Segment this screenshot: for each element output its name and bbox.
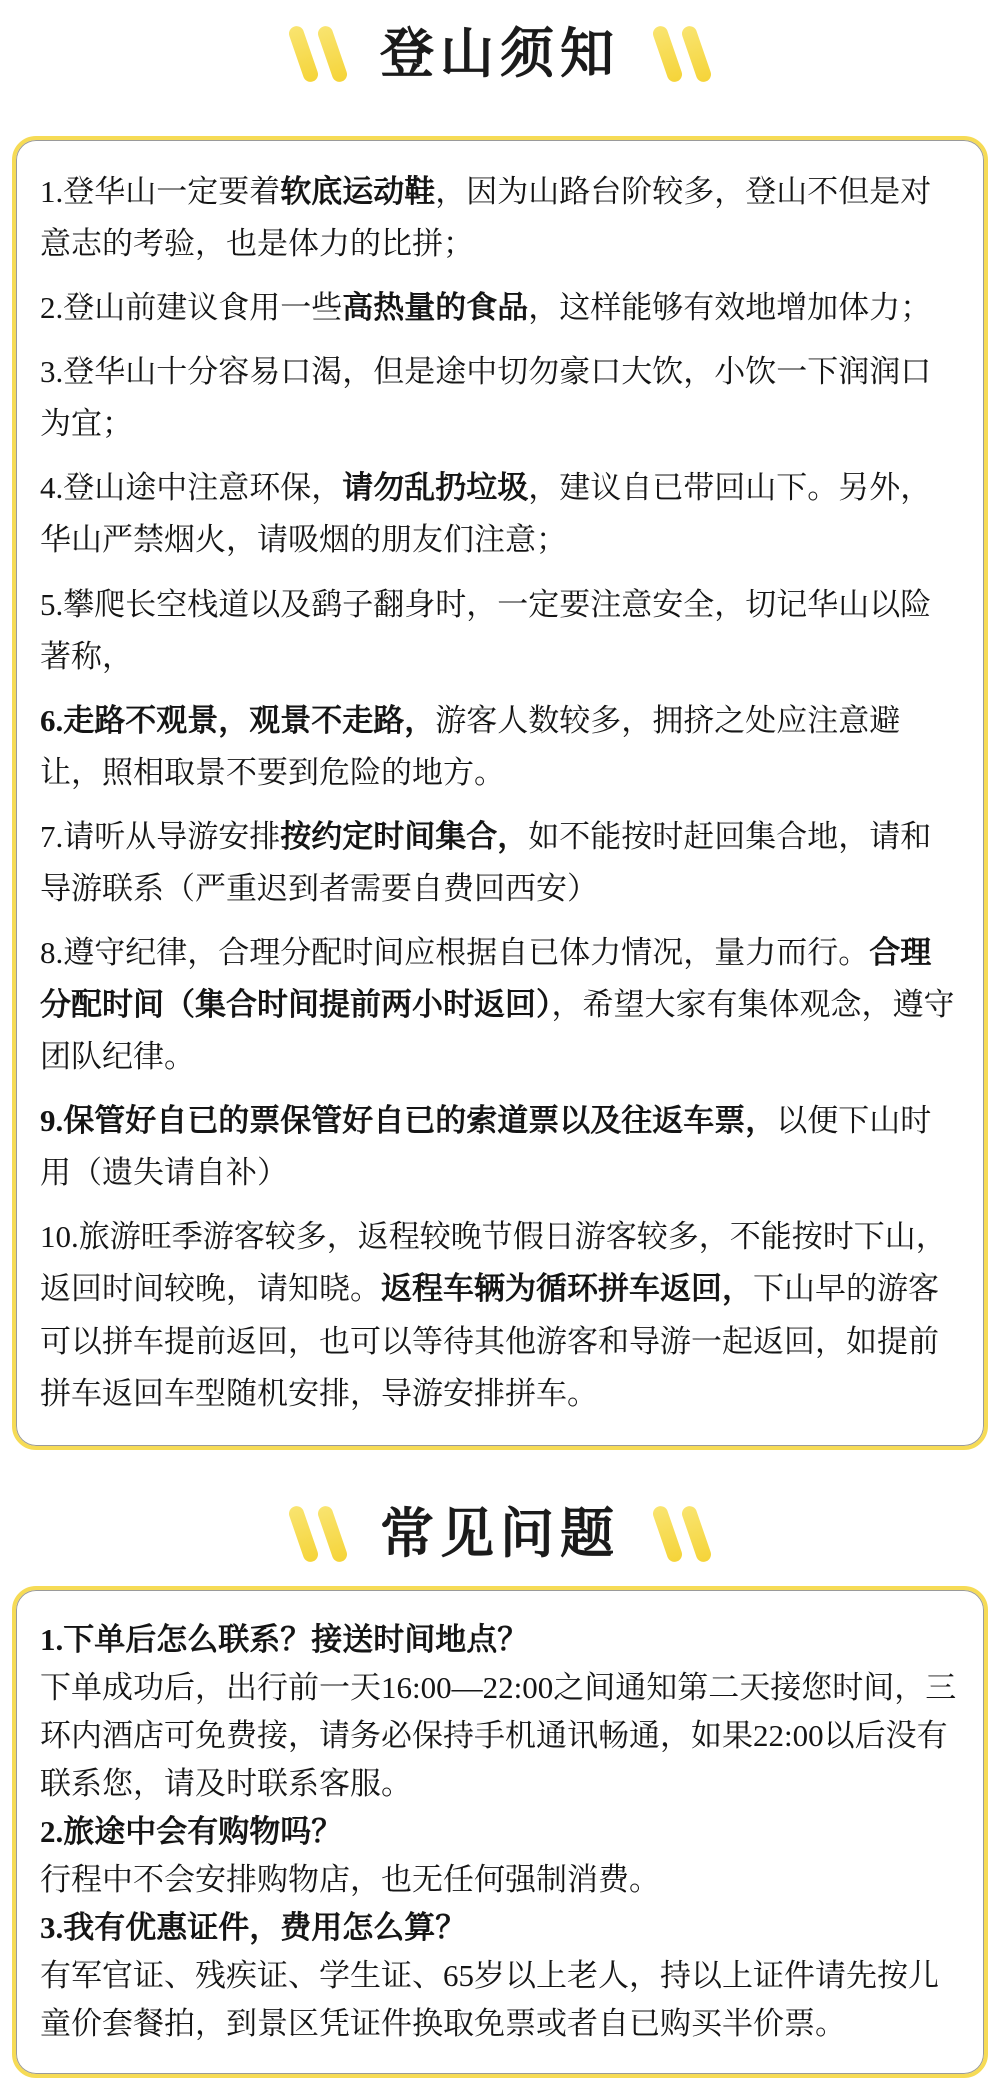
faq-answer: 行程中不会安排购物店，也无任何强制消费。 — [40, 1856, 960, 1904]
notice-box: 1.登华山一定要着软底运动鞋，因为山路台阶较多，登山不但是对意志的考验，也是体力… — [12, 136, 988, 1450]
faq-question: 1.下单后怎么联系？接送时间地点？ — [40, 1616, 960, 1664]
yellow-slash-icon — [316, 1504, 349, 1564]
notice-item: 3.登华山十分容易口渴，但是途中切勿豪口大饮，小饮一下润润口为宜； — [40, 346, 960, 450]
yellow-double-slash-icon-left — [296, 1505, 340, 1563]
yellow-slash-icon — [287, 1504, 320, 1564]
faq-section-title: 常见问题 — [0, 1486, 1000, 1582]
notice-item: 1.登华山一定要着软底运动鞋，因为山路台阶较多，登山不但是对意志的考验，也是体力… — [40, 166, 960, 270]
yellow-slash-icon — [680, 24, 713, 84]
yellow-slash-icon — [287, 24, 320, 84]
notice-section: 登山须知 1.登华山一定要着软底运动鞋，因为山路台阶较多，登山不但是对意志的考验… — [0, 6, 1000, 1450]
notice-item: 8.遵守纪律，合理分配时间应根据自已体力情况，量力而行。合理分配时间（集合时间提… — [40, 927, 960, 1083]
yellow-double-slash-icon-left — [296, 25, 340, 83]
notice-item: 5.攀爬长空栈道以及鹞子翻身时，一定要注意安全，切记华山以险著称， — [40, 579, 960, 683]
faq-answer: 下单成功后，出行前一天16:00—22:00之间通知第二天接您时间，三环内酒店可… — [40, 1664, 960, 1808]
yellow-double-slash-icon-right — [660, 25, 704, 83]
yellow-slash-icon — [316, 24, 349, 84]
faq-answer: 有军官证、残疾证、学生证、65岁以上老人，持以上证件请先按儿童价套餐拍，到景区凭… — [40, 1952, 960, 2048]
faq-box: 1.下单后怎么联系？接送时间地点？下单成功后，出行前一天16:00—22:00之… — [12, 1586, 988, 2078]
notice-item: 10.旅游旺季游客较多，返程较晚节假日游客较多，不能按时下山，返回时间较晚，请知… — [40, 1211, 960, 1419]
notice-title: 登山须知 — [380, 27, 620, 81]
notice-item: 9.保管好自已的票保管好自已的索道票以及往返车票，以便下山时用（遗失请自补） — [40, 1095, 960, 1199]
notice-section-title: 登山须知 — [0, 6, 1000, 102]
notice-item: 6.走路不观景，观景不走路，游客人数较多，拥挤之处应注意避让，照相取景不要到危险… — [40, 695, 960, 799]
faq-title: 常见问题 — [380, 1507, 620, 1561]
yellow-slash-icon — [651, 1504, 684, 1564]
yellow-slash-icon — [680, 1504, 713, 1564]
notice-item: 4.登山途中注意环保，请勿乱扔垃圾，建议自已带回山下。另外，华山严禁烟火，请吸烟… — [40, 462, 960, 566]
faq-section: 常见问题 1.下单后怎么联系？接送时间地点？下单成功后，出行前一天16:00—2… — [0, 1486, 1000, 2078]
yellow-double-slash-icon-right — [660, 1505, 704, 1563]
faq-question: 3.我有优惠证件，费用怎么算？ — [40, 1904, 960, 1952]
yellow-slash-icon — [651, 24, 684, 84]
notice-item: 7.请听从导游安排按约定时间集合，如不能按时赶回集合地，请和导游联系（严重迟到者… — [40, 811, 960, 915]
notice-item: 2.登山前建议食用一些高热量的食品，这样能够有效地增加体力； — [40, 282, 960, 334]
faq-question: 2.旅途中会有购物吗？ — [40, 1808, 960, 1856]
